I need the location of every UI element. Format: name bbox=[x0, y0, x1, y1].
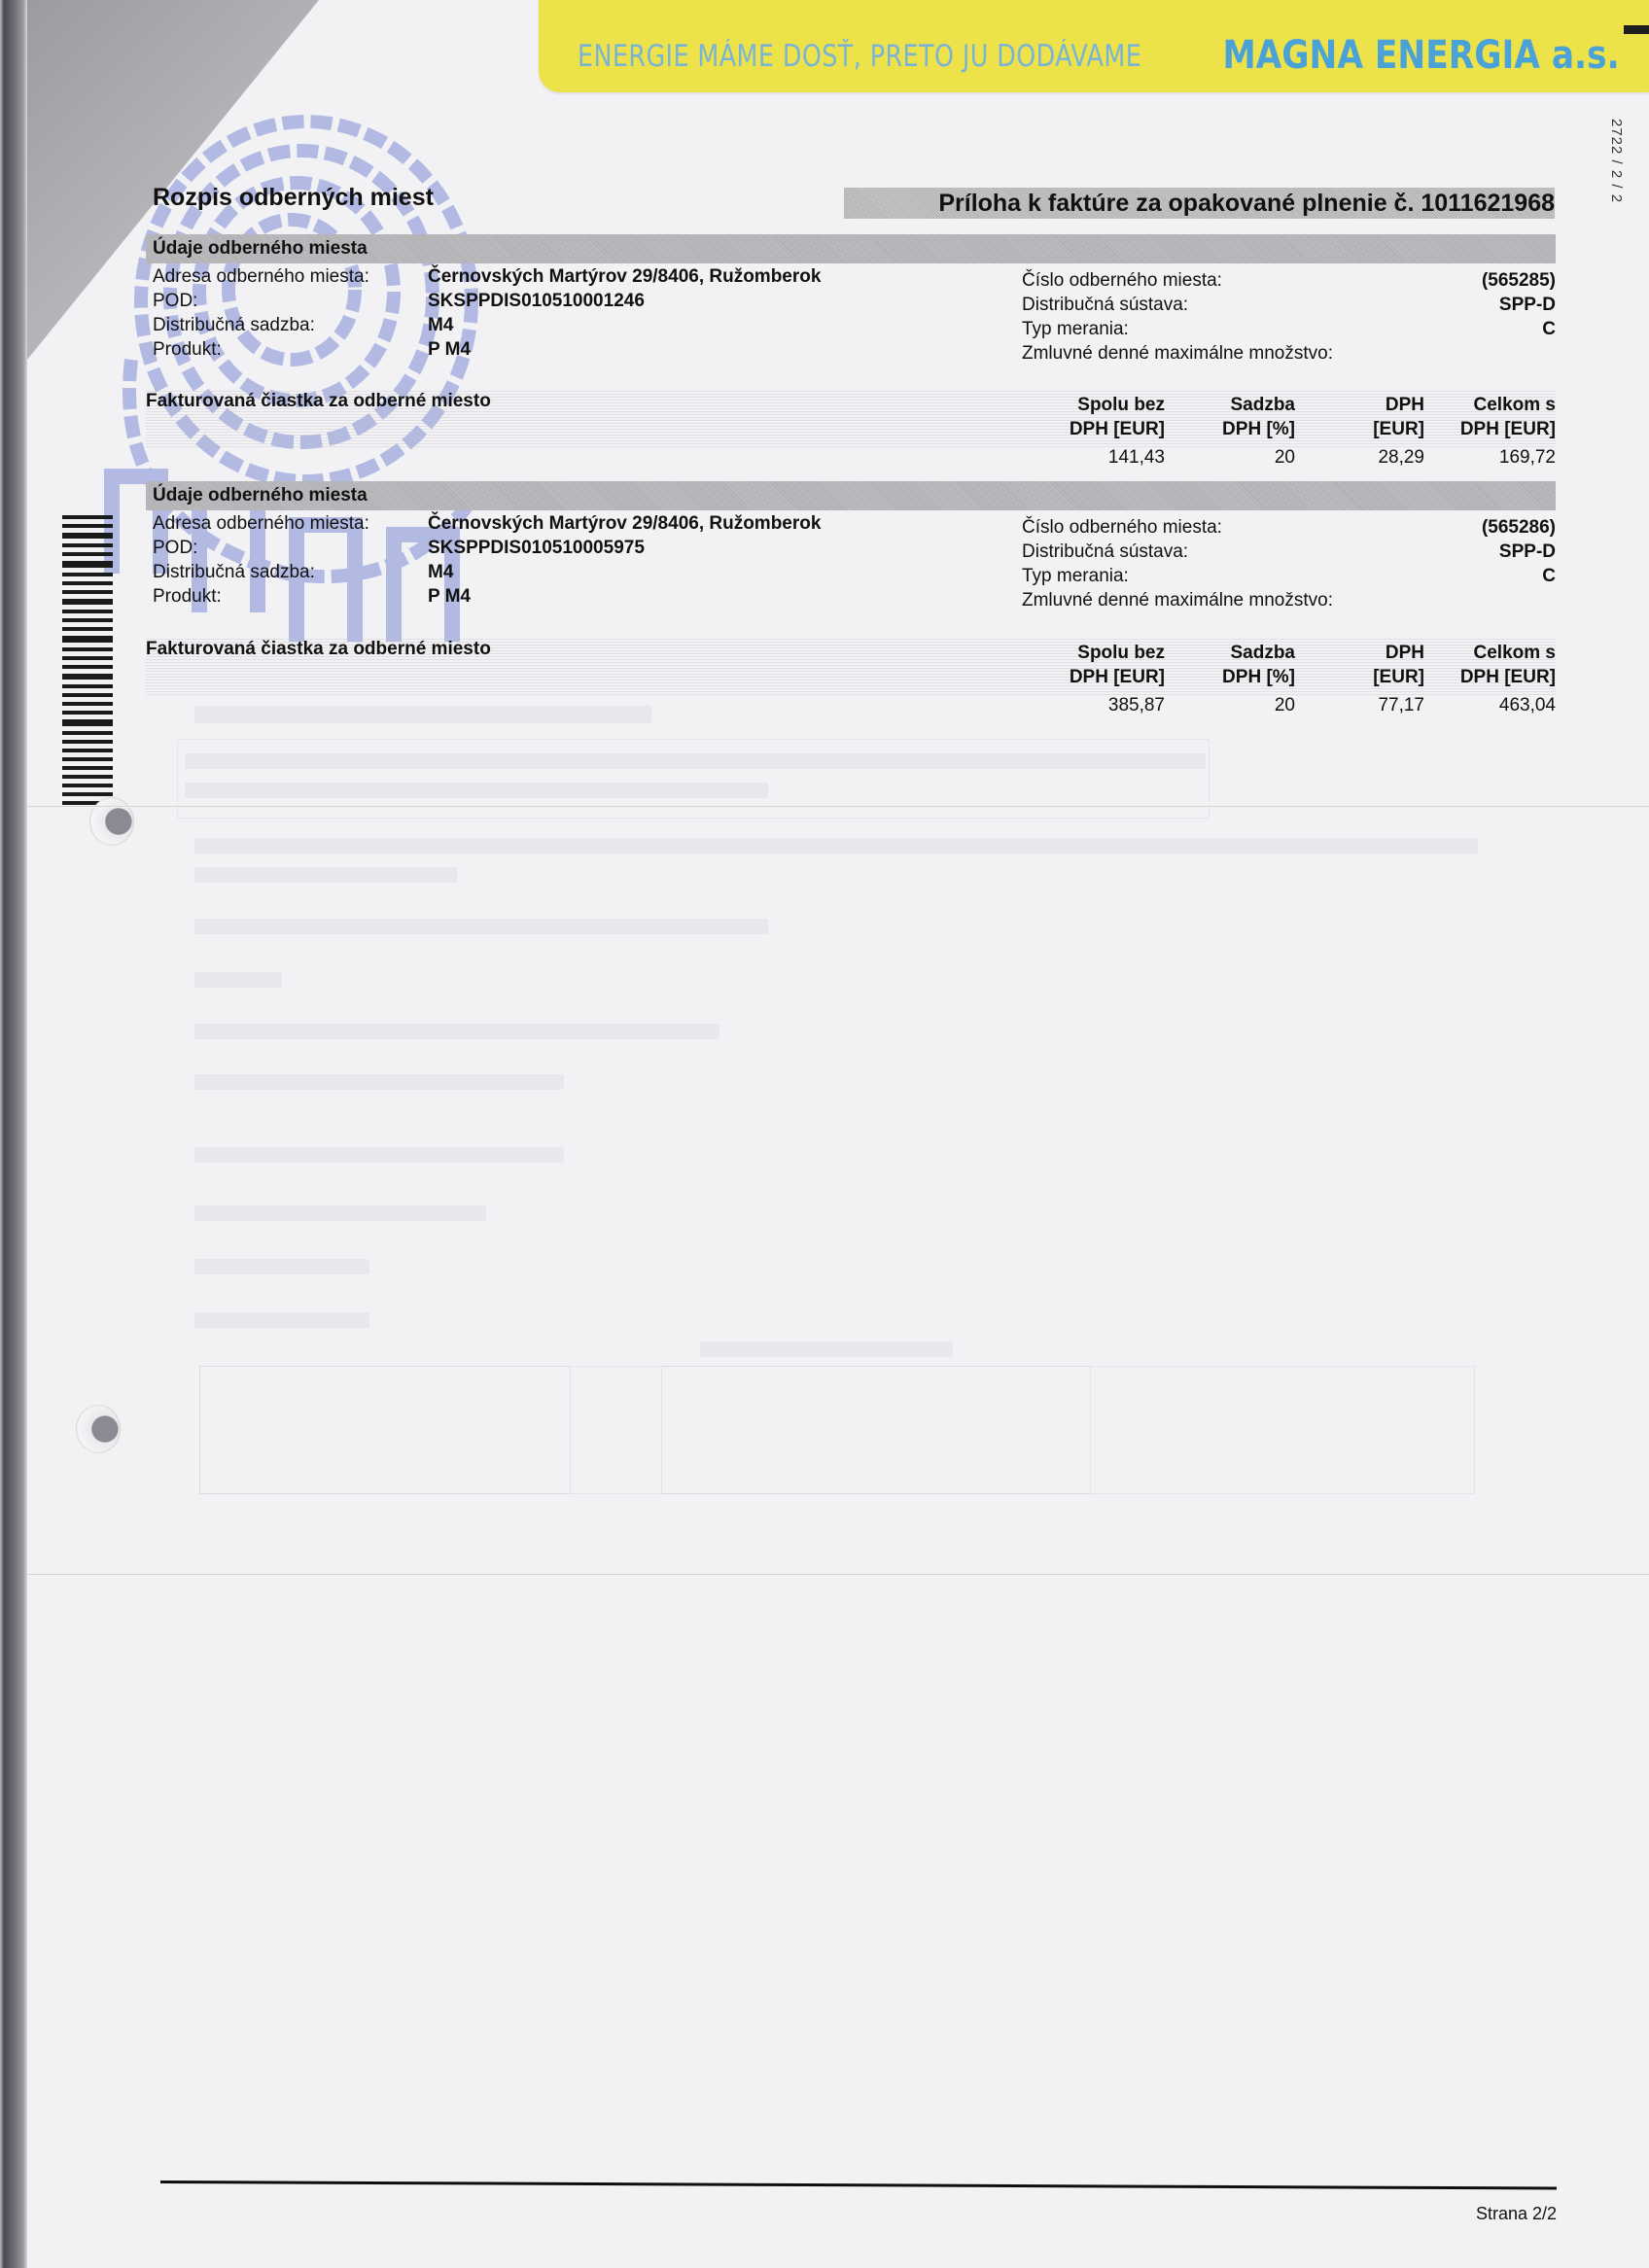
scanner-edge bbox=[0, 0, 27, 2268]
field-value-distribution-system: SPP-D bbox=[1499, 541, 1556, 563]
field-value-metering-type: C bbox=[1542, 319, 1556, 340]
column-header-vat-rate: SadzbaDPH [%] bbox=[1178, 393, 1295, 441]
supply-point-fields: Adresa odberného miesta: Černovských Mar… bbox=[146, 510, 1556, 632]
column-header-net: Spolu bezDPH [EUR] bbox=[970, 393, 1165, 441]
field-label: Distribučná sústava: bbox=[1022, 541, 1188, 563]
field-label: Distribučná sadzba: bbox=[153, 315, 315, 336]
field-label: POD: bbox=[153, 538, 197, 559]
brand-name-logo: MAGNA ENERGIA a.s. bbox=[1223, 33, 1620, 78]
field-value-address: Černovských Martýrov 29/8406, Ružomberok bbox=[428, 513, 821, 535]
field-value-product: P M4 bbox=[428, 586, 471, 608]
field-label: Typ merania: bbox=[1022, 566, 1129, 587]
barcode bbox=[62, 515, 113, 831]
billed-amount-title: Fakturovaná čiastka za odberné miesto bbox=[146, 391, 491, 412]
value-vat-rate: 20 bbox=[1275, 447, 1295, 469]
field-value-point-number: (565285) bbox=[1482, 270, 1556, 292]
value-vat-rate: 20 bbox=[1275, 695, 1295, 716]
field-label: Produkt: bbox=[153, 586, 222, 608]
supply-point-section: Údaje odberného miesta Adresa odberného … bbox=[146, 481, 1556, 632]
section-heading: Údaje odberného miesta bbox=[146, 481, 1556, 510]
punch-hole bbox=[76, 1405, 121, 1453]
value-net: 385,87 bbox=[1108, 695, 1165, 716]
field-label: Zmluvné denné maximálne množstvo: bbox=[1022, 590, 1333, 611]
page-id-vertical: 2722 / 2 / 2 bbox=[1608, 119, 1625, 203]
value-total: 463,04 bbox=[1499, 695, 1556, 716]
page-number: Strana 2/2 bbox=[1476, 2204, 1557, 2224]
supply-point-section: Údaje odberného miesta Adresa odberného … bbox=[146, 234, 1556, 385]
billed-amount-table: Fakturovaná čiastka za odberné miesto Sp… bbox=[146, 637, 1556, 695]
billed-amount-table: Fakturovaná čiastka za odberné miesto Sp… bbox=[146, 389, 1556, 447]
field-label: Produkt: bbox=[153, 339, 222, 361]
punch-hole bbox=[89, 797, 134, 846]
brand-slogan: ENERGIE MÁME DOSŤ, PRETO JU DODÁVAME bbox=[578, 39, 1141, 74]
field-label: Zmluvné denné maximálne množstvo: bbox=[1022, 343, 1333, 365]
paper-fold-line bbox=[27, 806, 1649, 808]
value-vat: 28,29 bbox=[1378, 447, 1424, 469]
column-header-vat: DPH[EUR] bbox=[1308, 641, 1424, 689]
field-value-metering-type: C bbox=[1542, 566, 1556, 587]
column-header-vat: DPH[EUR] bbox=[1308, 393, 1424, 441]
field-label: Adresa odberného miesta: bbox=[153, 266, 369, 288]
section-heading: Údaje odberného miesta bbox=[146, 234, 1556, 263]
brand-banner: ENERGIE MÁME DOSŤ, PRETO JU DODÁVAME MAG… bbox=[539, 0, 1649, 92]
index-tab-mark bbox=[1624, 25, 1649, 34]
column-header-net: Spolu bezDPH [EUR] bbox=[970, 641, 1165, 689]
field-value-address: Černovských Martýrov 29/8406, Ružomberok bbox=[428, 266, 821, 288]
field-label: Číslo odberného miesta: bbox=[1022, 270, 1222, 292]
field-label: Typ merania: bbox=[1022, 319, 1129, 340]
field-value-pod: SKSPPDIS010510001246 bbox=[428, 291, 645, 312]
footer-divider bbox=[160, 2181, 1557, 2190]
paper-fold-line bbox=[27, 1574, 1649, 1576]
supply-point-fields: Adresa odberného miesta: Černovských Mar… bbox=[146, 263, 1556, 385]
value-vat: 77,17 bbox=[1378, 695, 1424, 716]
field-label: Distribučná sústava: bbox=[1022, 295, 1188, 316]
value-net: 141,43 bbox=[1108, 447, 1165, 469]
field-value-product: P M4 bbox=[428, 339, 471, 361]
billed-amount-title: Fakturovaná čiastka za odberné miesto bbox=[146, 639, 491, 660]
invoice-attachment-title: Príloha k faktúre za opakované plnenie č… bbox=[844, 188, 1555, 219]
field-value-pod: SKSPPDIS010510005975 bbox=[428, 538, 645, 559]
value-total: 169,72 bbox=[1499, 447, 1556, 469]
field-label: Distribučná sadzba: bbox=[153, 562, 315, 583]
field-value-tariff: M4 bbox=[428, 562, 453, 583]
document-title: Rozpis odberných miest bbox=[153, 184, 434, 212]
field-value-distribution-system: SPP-D bbox=[1499, 295, 1556, 316]
field-value-tariff: M4 bbox=[428, 315, 453, 336]
field-label: POD: bbox=[153, 291, 197, 312]
column-header-vat-rate: SadzbaDPH [%] bbox=[1178, 641, 1295, 689]
column-header-total: Celkom sDPH [EUR] bbox=[1429, 641, 1556, 689]
field-value-point-number: (565286) bbox=[1482, 517, 1556, 539]
field-label: Číslo odberného miesta: bbox=[1022, 517, 1222, 539]
column-header-total: Celkom sDPH [EUR] bbox=[1429, 393, 1556, 441]
field-label: Adresa odberného miesta: bbox=[153, 513, 369, 535]
